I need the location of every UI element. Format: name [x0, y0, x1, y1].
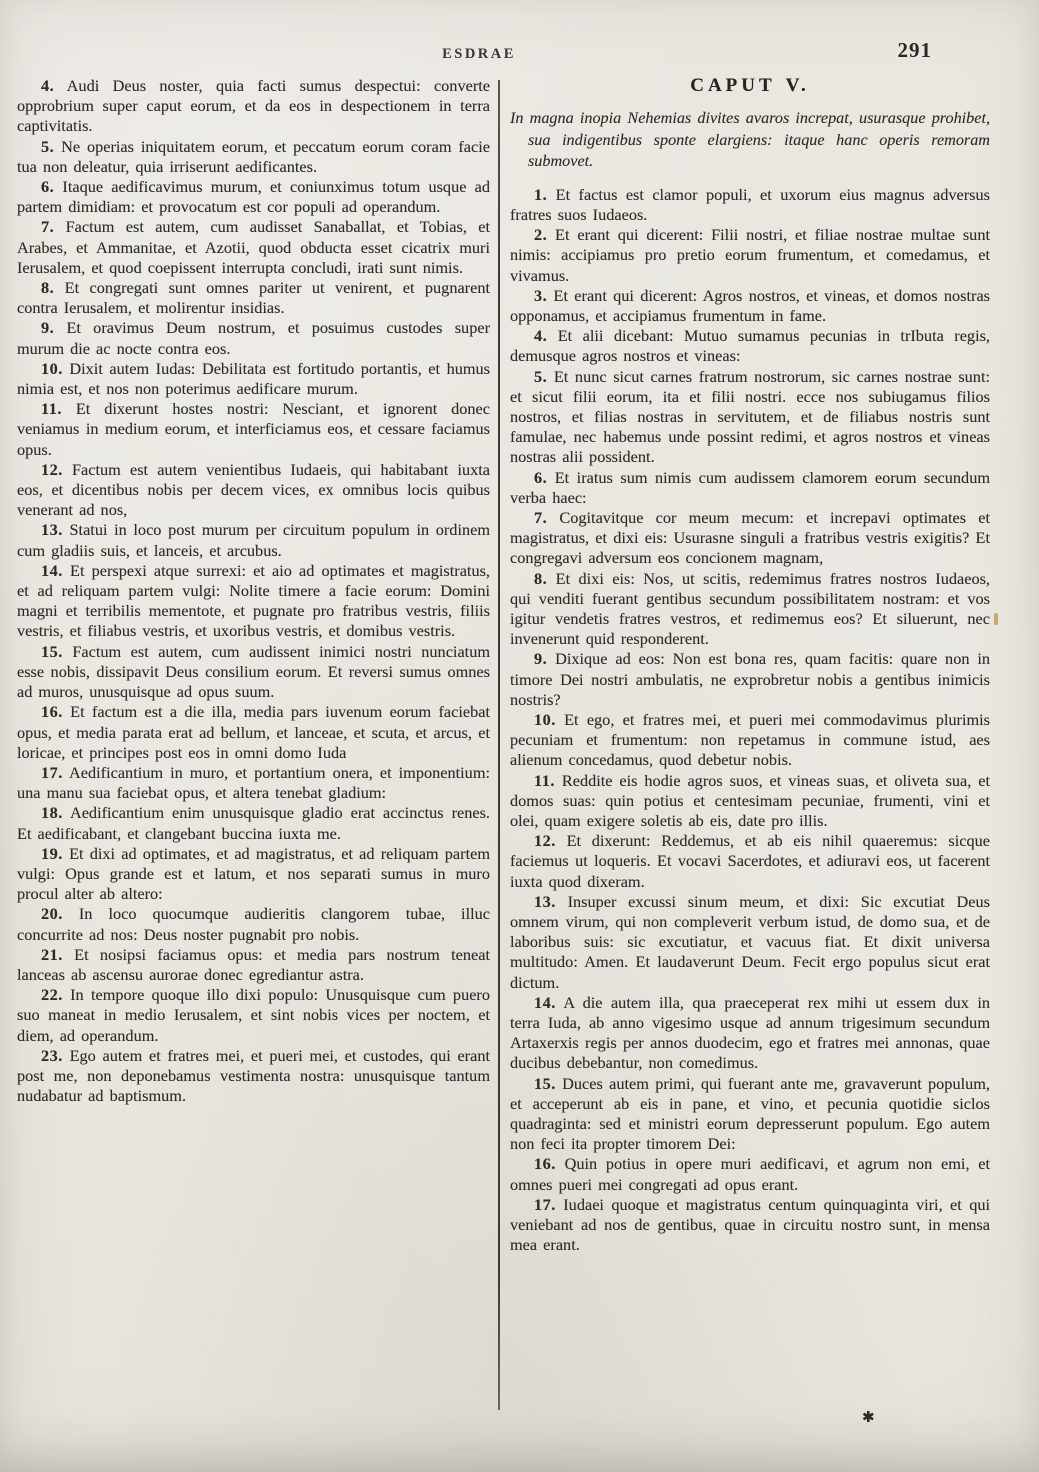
verse-number: 3. [534, 286, 547, 305]
verse-text: Statui in loco post murum per circuitum … [17, 520, 490, 559]
verse-text: Audi Deus noster, quia facti sumus despe… [17, 76, 490, 135]
verse-number: 8. [534, 569, 547, 588]
verse-number: 4. [41, 76, 54, 95]
verse-paragraph: 19. Et dixi ad optimates, et ad magistra… [17, 844, 490, 905]
left-column: 4. Audi Deus noster, quia facti sumus de… [17, 76, 490, 1106]
verse-text: Et nunc sicut carnes fratrum nostrorum, … [510, 367, 990, 467]
verse-text: In loco quocumque audieritis clangorem t… [17, 904, 490, 943]
verse-number: 23. [41, 1046, 63, 1065]
verse-text: Ne operias iniquitatem eorum, et peccatu… [17, 137, 490, 176]
verse-text: Et dixi eis: Nos, ut scitis, redemimus f… [510, 569, 990, 649]
verse-paragraph: 7. Cogitavitque cor meum mecum: et incre… [510, 508, 990, 569]
verse-number: 5. [41, 137, 54, 156]
verse-number: 13. [534, 892, 556, 911]
verse-text: Et dixerunt: Reddemus, et ab eis nihil q… [510, 831, 990, 890]
verse-number: 1. [534, 185, 547, 204]
verse-paragraph: 15. Duces autem primi, qui fuerant ante … [510, 1074, 990, 1155]
verse-number: 16. [534, 1154, 556, 1173]
verse-text: Et congregati sunt omnes pariter ut veni… [17, 278, 490, 317]
verse-paragraph: 17. Aedificantium in muro, et portantium… [17, 763, 490, 803]
ink-spot [994, 613, 998, 625]
verse-text: Dixit autem Iudas: Debilitata est fortit… [17, 359, 490, 398]
running-title: ESDRAE [442, 46, 516, 63]
verse-list-left: 4. Audi Deus noster, quia facti sumus de… [17, 76, 490, 1106]
verse-paragraph: 14. A die autem illa, qua praeceperat re… [510, 993, 990, 1074]
verse-number: 10. [534, 710, 556, 729]
verse-paragraph: 10. Et ego, et fratres mei, et pueri mei… [510, 710, 990, 771]
verse-text: Duces autem primi, qui fuerant ante me, … [510, 1074, 990, 1154]
verse-paragraph: 18. Aedificantium enim unusquisque gladi… [17, 803, 490, 843]
verse-paragraph: 15. Factum est autem, cum audissent inim… [17, 642, 490, 703]
verse-number: 19. [41, 844, 63, 863]
verse-text: Et factus est clamor populi, et uxorum e… [510, 185, 990, 224]
verse-text: Et factum est a die illa, media pars iuv… [17, 702, 490, 761]
verse-number: 16. [41, 702, 63, 721]
book-page: ESDRAE 291 4. Audi Deus noster, quia fac… [0, 0, 1039, 1472]
verse-paragraph: 1. Et factus est clamor populi, et uxoru… [510, 185, 990, 225]
verse-number: 7. [534, 508, 547, 527]
verse-paragraph: 11. Et dixerunt hostes nostri: Nesciant,… [17, 399, 490, 460]
verse-text: Factum est autem, cum audisset Sanaballa… [17, 217, 490, 276]
verse-text: Aedificantium enim unusquisque gladio er… [17, 803, 490, 842]
verse-text: Ego autem et fratres mei, et pueri mei, … [17, 1046, 490, 1105]
verse-paragraph: 9. Et oravimus Deum nostrum, et posuimus… [17, 318, 490, 358]
verse-text: Et erant qui dicerent: Filii nostri, et … [510, 225, 990, 284]
verse-number: 18. [41, 803, 63, 822]
verse-text: Reddite eis hodie agros suos, et vineas … [510, 771, 990, 830]
verse-paragraph: 20. In loco quocumque audieritis clangor… [17, 904, 490, 944]
verse-number: 11. [534, 771, 555, 790]
verse-list-right: 1. Et factus est clamor populi, et uxoru… [510, 185, 990, 1256]
verse-number: 10. [41, 359, 63, 378]
verse-paragraph: 16. Et factum est a die illa, media pars… [17, 702, 490, 763]
verse-number: 6. [534, 468, 547, 487]
verse-paragraph: 17. Iudaei quoque et magistratus centum … [510, 1195, 990, 1256]
verse-text: Et perspexi atque surrexi: et aio ad opt… [17, 561, 490, 641]
verse-text: Cogitavitque cor meum mecum: et increpav… [510, 508, 990, 567]
verse-number: 13. [41, 520, 63, 539]
verse-number: 15. [41, 642, 63, 661]
verse-number: 8. [41, 278, 54, 297]
verse-text: Et iratus sum nimis cum audissem clamore… [510, 468, 990, 507]
verse-paragraph: 5. Et nunc sicut carnes fratrum nostroru… [510, 367, 990, 468]
verse-text: Et oravimus Deum nostrum, et posuimus cu… [17, 318, 490, 357]
verse-text: Et dixi ad optimates, et ad magistratus,… [17, 844, 490, 903]
verse-number: 17. [534, 1195, 556, 1214]
verse-text: A die autem illa, qua praeceperat rex mi… [510, 993, 990, 1073]
verse-text: Quin potius in opere muri aedificavi, et… [510, 1154, 990, 1193]
verse-number: 9. [534, 649, 547, 668]
verse-paragraph: 23. Ego autem et fratres mei, et pueri m… [17, 1046, 490, 1107]
verse-number: 11. [41, 399, 62, 418]
verse-number: 5. [534, 367, 547, 386]
verse-number: 15. [534, 1074, 556, 1093]
verse-paragraph: 9. Dixique ad eos: Non est bona res, qua… [510, 649, 990, 710]
verse-paragraph: 5. Ne operias iniquitatem eorum, et pecc… [17, 137, 490, 177]
verse-paragraph: 11. Reddite eis hodie agros suos, et vin… [510, 771, 990, 832]
verse-paragraph: 12. Factum est autem venientibus Iudaeis… [17, 460, 490, 521]
verse-paragraph: 6. Itaque aedificavimus murum, et coniun… [17, 177, 490, 217]
verse-paragraph: 7. Factum est autem, cum audisset Sanaba… [17, 217, 490, 278]
verse-text: Et alii dicebant: Mutuo sumamus pecunias… [510, 326, 990, 365]
verse-number: 21. [41, 945, 63, 964]
verse-paragraph: 14. Et perspexi atque surrexi: et aio ad… [17, 561, 490, 642]
column-divider [498, 80, 500, 1410]
verse-number: 12. [41, 460, 63, 479]
verse-number: 12. [534, 831, 556, 850]
verse-text: In tempore quoque illo dixi populo: Unus… [17, 985, 490, 1044]
verse-number: 4. [534, 326, 547, 345]
page-number: 291 [898, 38, 933, 63]
verse-text: Aedificantium in muro, et portantium one… [17, 763, 490, 802]
verse-paragraph: 12. Et dixerunt: Reddemus, et ab eis nih… [510, 831, 990, 892]
asterisk-mark: ✱ [862, 1408, 875, 1427]
verse-number: 17. [41, 763, 63, 782]
right-column: CAPUT V. In magna inopia Nehemias divite… [510, 76, 990, 1255]
verse-text: Iudaei quoque et magistratus centum quin… [510, 1195, 990, 1254]
verse-text: Et ego, et fratres mei, et pueri mei com… [510, 710, 990, 769]
verse-text: Dixique ad eos: Non est bona res, quam f… [510, 649, 990, 708]
verse-number: 9. [41, 318, 54, 337]
verse-text: Factum est autem, cum audissent inimici … [17, 642, 490, 701]
verse-text: Factum est autem venientibus Iudaeis, qu… [17, 460, 490, 519]
verse-number: 22. [41, 985, 63, 1004]
verse-paragraph: 3. Et erant qui dicerent: Agros nostros,… [510, 286, 990, 326]
verse-paragraph: 22. In tempore quoque illo dixi populo: … [17, 985, 490, 1046]
verse-paragraph: 21. Et nosipsi faciamus opus: et media p… [17, 945, 490, 985]
verse-paragraph: 6. Et iratus sum nimis cum audissem clam… [510, 468, 990, 508]
verse-paragraph: 8. Et congregati sunt omnes pariter ut v… [17, 278, 490, 318]
verse-paragraph: 8. Et dixi eis: Nos, ut scitis, redemimu… [510, 569, 990, 650]
verse-number: 14. [534, 993, 556, 1012]
chapter-summary: In magna inopia Nehemias divites avaros … [510, 108, 990, 173]
verse-paragraph: 4. Et alii dicebant: Mutuo sumamus pecun… [510, 326, 990, 366]
verse-paragraph: 13. Insuper excussi sinum meum, et dixi:… [510, 892, 990, 993]
verse-number: 14. [41, 561, 63, 580]
verse-text: Et erant qui dicerent: Agros nostros, et… [510, 286, 990, 325]
verse-text: Et nosipsi faciamus opus: et media pars … [17, 945, 490, 984]
verse-number: 6. [41, 177, 54, 196]
verse-paragraph: 4. Audi Deus noster, quia facti sumus de… [17, 76, 490, 137]
verse-text: Itaque aedificavimus murum, et coniunxim… [17, 177, 490, 216]
verse-text: Et dixerunt hostes nostri: Nesciant, et … [17, 399, 490, 458]
verse-paragraph: 16. Quin potius in opere muri aedificavi… [510, 1154, 990, 1194]
chapter-heading: CAPUT V. [510, 76, 990, 96]
verse-paragraph: 10. Dixit autem Iudas: Debilitata est fo… [17, 359, 490, 399]
verse-number: 2. [534, 225, 547, 244]
verse-paragraph: 2. Et erant qui dicerent: Filii nostri, … [510, 225, 990, 286]
verse-number: 7. [41, 217, 54, 236]
verse-number: 20. [41, 904, 63, 923]
verse-paragraph: 13. Statui in loco post murum per circui… [17, 520, 490, 560]
verse-text: Insuper excussi sinum meum, et dixi: Sic… [510, 892, 990, 992]
